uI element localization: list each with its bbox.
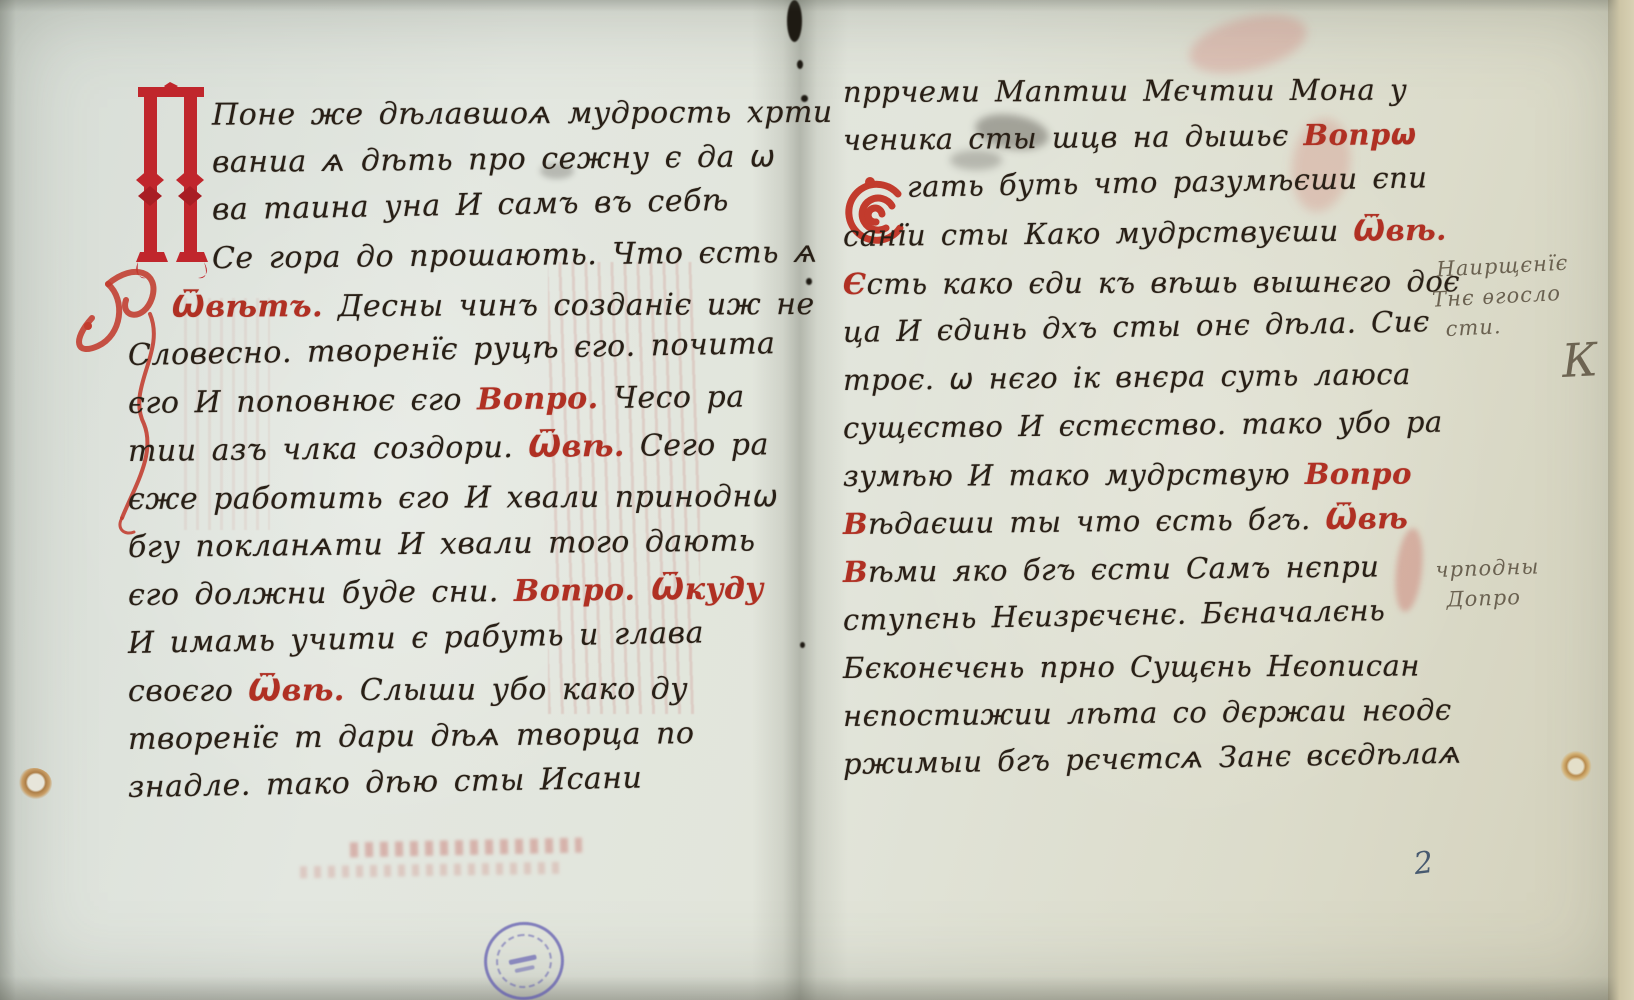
text-run-ink: ѣми яко бгъ єсти Самъ нєпри (868, 549, 1380, 588)
gutter-speck (800, 642, 805, 648)
text-run-ink: ца И єдинь дхъ сты онє дѣла. Сиє (843, 304, 1430, 349)
text-run-ink: ступєнь Нєизрєчєнє. Бєначалєнь (843, 593, 1386, 637)
manuscript-line: ступєнь Нєизрєчєнє. Бєначалєнь (843, 586, 1389, 644)
text-run-red: В (843, 555, 868, 589)
manuscript-line: Се гора до прошають. Что єсть ѧ (128, 230, 728, 284)
gutter-speck (806, 278, 812, 285)
text-run-red: Ѿвѣ. (528, 429, 625, 465)
text-run-ink: ваниа ѧ дѣть про сежну є да ѡ (212, 139, 776, 180)
manuscript-line: своєго Ѿвѣ. Слыши убо како ду (128, 665, 728, 716)
manuscript-line: санїи сты Како мудрствуєши Ѿвѣ. (843, 206, 1388, 260)
manuscript-line: Бєконєчєнь прно Сущєнь Нєописан (843, 642, 1388, 692)
manuscript-line: зумѣю И тако мудрствую Вопро (843, 450, 1388, 500)
text-run-red: Вопро. Ѿкуду (514, 571, 764, 609)
manuscript-line: ва таина уна И самъ въ себѣ (128, 177, 729, 236)
text-run-ink: єго И поповнює єго (128, 382, 477, 421)
page-edge-bottom (0, 976, 1634, 1000)
text-run-ink: ченика сты шцв на дышьє (843, 118, 1304, 157)
text-run-ink: Бєконєчєнь прно Сущєнь Нєописан (843, 648, 1420, 685)
text-run-red: Є (843, 267, 867, 301)
manuscript-line: Поне же дѣлавшоѧ мудрость хрти (128, 89, 728, 140)
manuscript-line: ржимыи бгъ рєчєтсѧ Занє всєдѣлаѧ (843, 730, 1389, 788)
text-run-ink: Десны чинъ созданіє иж не (323, 287, 815, 324)
manuscript-photo: Поне же дѣлавшоѧ мудрость хртиваниа ѧ дѣ… (0, 0, 1634, 1000)
text-run-ink: Чесо ра (598, 380, 744, 417)
page-edge-right (1608, 0, 1634, 1000)
wormhole (16, 768, 52, 800)
page-edge-top (0, 0, 1634, 12)
text-run-ink: И имамь учити є рабуть и глава (128, 615, 705, 661)
manuscript-line: Вѣдаєши ты что єсть бгъ. Ѿвѣ (843, 494, 1388, 548)
text-run-ink: троє. ѡ нєго ік внєра суть лаюса (843, 357, 1411, 397)
text-run-ink: єже работить єго И хвали приноднѡ (128, 479, 778, 517)
gutter-speck (797, 60, 803, 69)
text-run-red: Ѿвѣтъ. (172, 289, 323, 325)
red-offset-text (300, 862, 562, 879)
text-run-ink: ѣдаєши ты что єсть бгъ. (868, 502, 1326, 541)
text-run-ink: єго должни буде сни. (128, 574, 514, 613)
text-run-ink: зумѣю И тако мудрствую (843, 457, 1305, 493)
manuscript-line: єго И поповнює єго Вопро. Чесо ра (128, 374, 728, 428)
text-run-red: Вопро (1305, 457, 1412, 491)
manuscript-line: ца И єдинь дхъ сты онє дѣла. Сиє (843, 298, 1389, 356)
manuscript-line: бгу покланѧти И хвали того дають (128, 518, 728, 572)
text-run-ink: сть како єди къ вѣшь вышнєго доє (867, 264, 1461, 301)
text-run-ink: Сего ра (625, 427, 769, 464)
manuscript-line: И имамь учити є рабуть и глава (128, 609, 729, 668)
text-run-red: В (843, 507, 868, 541)
text-run-red: Ѿвѣ. (1353, 213, 1447, 248)
text-run-ink: творенїє т дари дѣѧ творца по (128, 716, 695, 757)
manuscript-line: гать буть что разумѣєши єпи (843, 154, 1389, 212)
text-run-ink: бгу покланѧти И хвали того дають (128, 523, 756, 565)
text-run-ink: знадле. тако дѣю сты Исани (128, 761, 643, 805)
wormhole (1560, 750, 1592, 784)
text-run-ink: гать буть что разумѣєши єпи (907, 160, 1428, 204)
manuscript-line: сущєство И єстєство. тако убо ра (843, 398, 1388, 452)
page-number: 2 (1412, 845, 1435, 882)
right-page-text-block: пррчеми Маптии Мєчтии Мона ученика сты ш… (843, 68, 1388, 788)
text-run-ink: Словесно. творенїє руцѣ єго. почита (128, 326, 776, 373)
left-page-text-block: Поне же дѣлавшоѧ мудрость хртиваниа ѧ дѣ… (128, 92, 728, 812)
text-run-ink: ржимыи бгъ рєчєтсѧ Занє всєдѣлаѧ (843, 736, 1463, 781)
text-run-ink: нєпостижии лѣта со дєржаи нєодє (843, 693, 1452, 733)
page-edge-left (0, 0, 16, 1000)
text-run-ink: пррчеми Маптии Мєчтии Мона у (843, 73, 1407, 109)
text-run-red: Вопро. (477, 381, 599, 417)
text-run-ink: тии азъ члка создори. (128, 430, 529, 469)
margin-note-large-letter: К (1560, 332, 1598, 388)
manuscript-line: Словесно. творенїє руцѣ єго. почита (128, 321, 729, 380)
text-run-ink: Се гора до прошають. Что єсть ѧ (212, 235, 818, 276)
margin-note-line: Допро (1446, 579, 1607, 615)
text-run-ink: Слыши убо како ду (345, 672, 688, 708)
text-run-red: Ѿвѣ. (248, 673, 345, 708)
margin-note-1: Наирщєнїє Тнє ѳгосло сти. К (1436, 246, 1610, 345)
manuscript-line: тии азъ члка создори. Ѿвѣ. Сего ра (128, 422, 728, 476)
red-offset-text (350, 838, 582, 858)
text-run-ink: сущєство И єстєство. тако убо ра (843, 405, 1443, 445)
text-run-ink: санїи сты Како мудрствуєши (843, 214, 1354, 253)
text-run-red: Вопрѡ (1303, 117, 1416, 152)
margin-note-2: чрподны Допро (1435, 549, 1607, 615)
manuscript-line: пррчеми Маптии Мєчтии Мона у (843, 66, 1388, 116)
text-run-ink: Поне же дѣлавшоѧ мудрость хрти (212, 95, 833, 133)
text-run-red: Ѿвѣ (1325, 501, 1408, 536)
text-run-ink: своєго (128, 673, 249, 709)
red-smudge (1392, 527, 1427, 613)
manuscript-line: єже работить єго И хвали приноднѡ (128, 473, 728, 524)
manuscript-line: знадле. тако дѣю сты Исани (128, 753, 729, 812)
text-run-ink: ва таина уна И самъ въ себѣ (212, 183, 729, 227)
manuscript-line: троє. ѡ нєго ік внєра суть лаюса (843, 350, 1388, 404)
